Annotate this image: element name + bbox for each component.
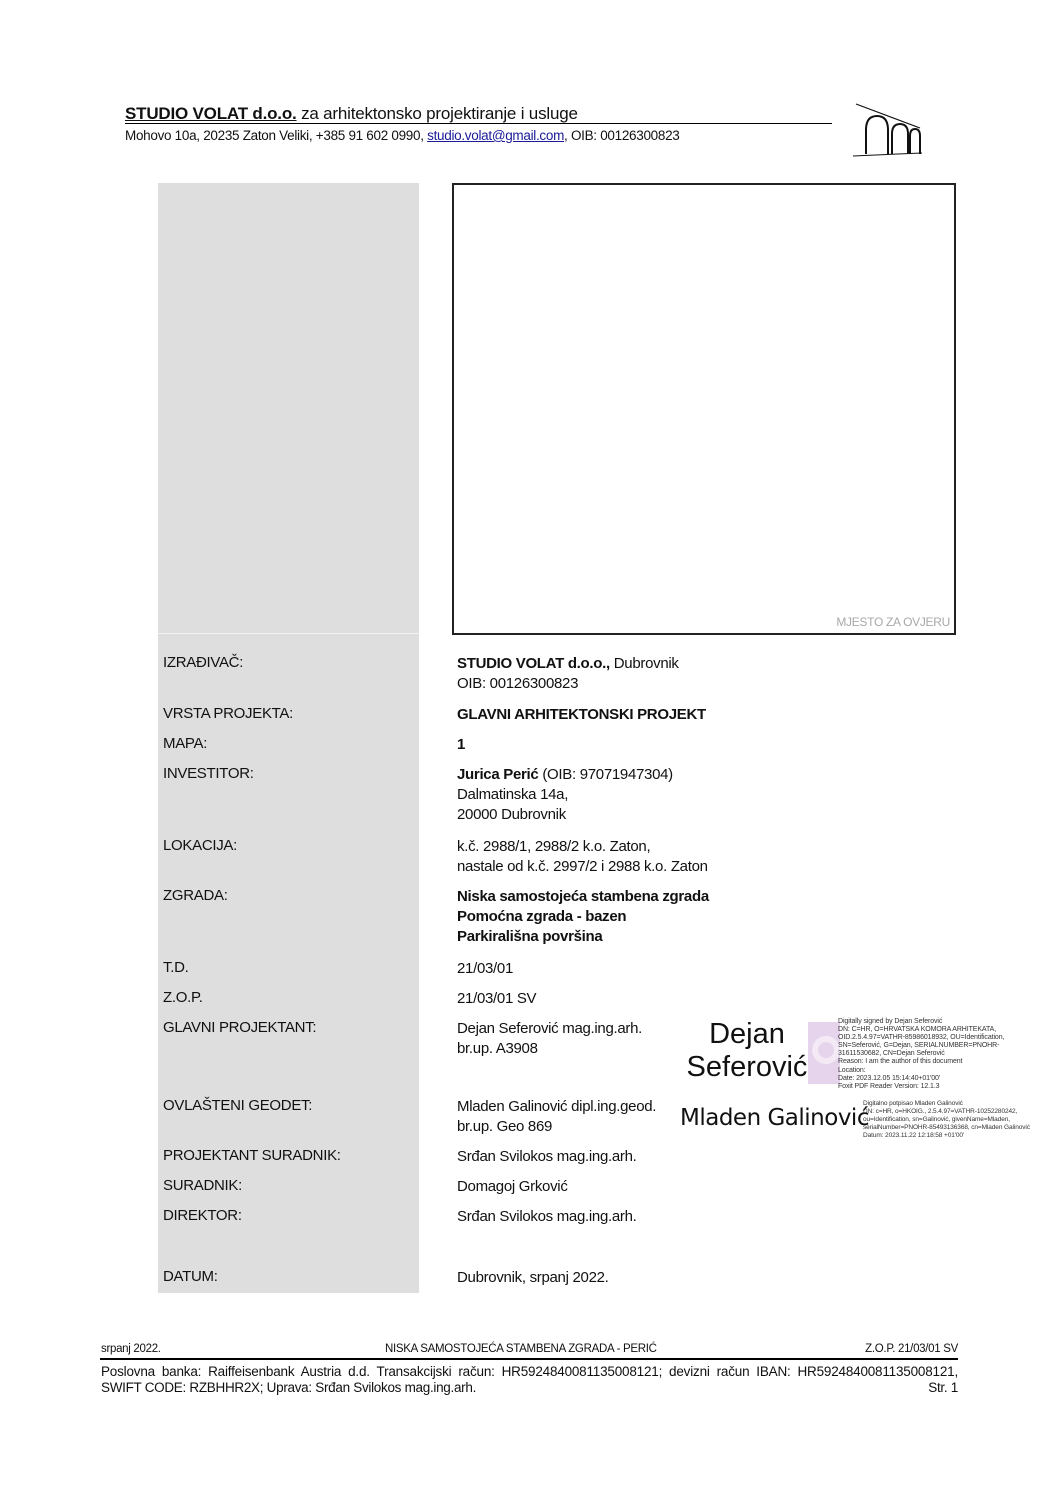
row-value-text: Domagoj Grković bbox=[457, 1178, 568, 1195]
row-value: Dubrovnik, srpanj 2022. bbox=[457, 1268, 609, 1288]
arches-logo-icon bbox=[850, 100, 922, 158]
page-number: Str. 1 bbox=[928, 1380, 958, 1395]
address-text: Mohovo 10a, 20235 Zaton Veliki, +385 91 … bbox=[125, 128, 427, 143]
row-label: MAPA: bbox=[163, 735, 207, 752]
row-value: Mladen Galinović dipl.ing.geod.br.up. Ge… bbox=[457, 1097, 656, 1137]
row-value: STUDIO VOLAT d.o.o., DubrovnikOIB: 00126… bbox=[457, 654, 679, 694]
row-value-line: Mladen Galinović dipl.ing.geod. bbox=[457, 1097, 656, 1117]
signature-metadata-line: Foxit PDF Reader Version: 12.1.3 bbox=[838, 1083, 1004, 1091]
row-value-line: 21/03/01 SV bbox=[457, 989, 536, 1009]
certification-stamp-box: MJESTO ZA OVJERU bbox=[452, 183, 956, 635]
signature-metadata-line: ou=Identification, sn=Galinović, givenNa… bbox=[863, 1116, 1030, 1124]
row-value-line: 20000 Dubrovnik bbox=[457, 805, 673, 825]
signature-metadata-line: Date: 2023.12.05 15:14:40+01'00' bbox=[838, 1075, 1004, 1083]
row-label: GLAVNI PROJEKTANT: bbox=[163, 1019, 316, 1036]
row-value: Dejan Seferović mag.ing.arh.br.up. A3908 bbox=[457, 1019, 642, 1059]
row-value-text: k.č. 2988/1, 2988/2 k.o. Zaton, bbox=[457, 838, 650, 855]
signature-metadata-line: Digitally signed by Dejan Seferović bbox=[838, 1018, 1004, 1026]
row-value-text: Mladen Galinović dipl.ing.geod. bbox=[457, 1098, 656, 1115]
row-label: SURADNIK: bbox=[163, 1177, 242, 1194]
row-value-line: Dejan Seferović mag.ing.arh. bbox=[457, 1019, 642, 1039]
signature-metadata-line: OID.2.5.4.97=VATHR-85986018932, OU=Ident… bbox=[838, 1034, 1004, 1042]
footer-rule bbox=[100, 1358, 958, 1360]
email-link[interactable]: studio.volat@gmail.com bbox=[427, 128, 564, 143]
row-value-line: Srđan Svilokos mag.ing.arh. bbox=[457, 1207, 637, 1227]
row-value: Srđan Svilokos mag.ing.arh. bbox=[457, 1147, 637, 1167]
row-value: 1 bbox=[457, 735, 465, 755]
signature-metadata-line: DN: c=HR, o=HKOIG., 2.5.4.97=VATHR-10252… bbox=[863, 1108, 1030, 1116]
signature-mladen-metadata: Digitalno potpisao Mladen GalinovićDN: c… bbox=[863, 1100, 1030, 1140]
row-label: DATUM: bbox=[163, 1268, 218, 1285]
row-value-bold: 1 bbox=[457, 736, 465, 753]
row-label: OVLAŠTENI GEODET: bbox=[163, 1097, 312, 1114]
row-value-text: Dejan Seferović mag.ing.arh. bbox=[457, 1020, 642, 1037]
company-tagline: za arhitektonsko projektiranje i usluge bbox=[297, 104, 578, 123]
row-value: Srđan Svilokos mag.ing.arh. bbox=[457, 1207, 637, 1227]
row-value-line: Parkirališna površina bbox=[457, 927, 709, 947]
footer-bank-info: Poslovna banka: Raiffeisenbank Austria d… bbox=[101, 1363, 958, 1380]
row-value-line: Dalmatinska 14a, bbox=[457, 785, 673, 805]
signature-metadata-line: Location: bbox=[838, 1067, 1004, 1075]
row-value-text: OIB: 00126300823 bbox=[457, 675, 578, 692]
signature-mladen-galinovic: Mladen Galinović bbox=[680, 1105, 869, 1131]
row-value: Domagoj Grković bbox=[457, 1177, 568, 1197]
row-label: LOKACIJA: bbox=[163, 837, 237, 854]
row-value-line: Domagoj Grković bbox=[457, 1177, 568, 1197]
row-value-line: k.č. 2988/1, 2988/2 k.o. Zaton, bbox=[457, 837, 708, 857]
signature-metadata-line: Datum: 2023.11.22 12:18:58 +01'00' bbox=[863, 1132, 1030, 1140]
row-value-line: 1 bbox=[457, 735, 465, 755]
row-value-text: (OIB: 97071947304) bbox=[538, 766, 672, 783]
header-rule bbox=[125, 123, 832, 124]
row-label: ZGRADA: bbox=[163, 887, 228, 904]
row-value-line: Pomoćna zgrada - bazen bbox=[457, 907, 709, 927]
row-value-text: 21/03/01 SV bbox=[457, 990, 536, 1007]
signature-metadata-line: 31611530682, CN=Dejan Seferović bbox=[838, 1050, 1004, 1058]
stamp-box-label: MJESTO ZA OVJERU bbox=[836, 615, 950, 629]
row-label: INVESTITOR: bbox=[163, 765, 254, 782]
row-value: Niska samostojeća stambena zgradaPomoćna… bbox=[457, 887, 709, 947]
row-value-text: 21/03/01 bbox=[457, 960, 513, 977]
row-label: Z.O.P. bbox=[163, 989, 203, 1006]
signature-name-line2: Seferović bbox=[684, 1051, 810, 1084]
company-address: Mohovo 10a, 20235 Zaton Veliki, +385 91 … bbox=[125, 128, 680, 143]
row-value-text: br.up. A3908 bbox=[457, 1040, 538, 1057]
row-value-text: Srđan Svilokos mag.ing.arh. bbox=[457, 1148, 637, 1165]
row-value-line: Jurica Perić (OIB: 97071947304) bbox=[457, 765, 673, 785]
row-label: PROJEKTANT SURADNIK: bbox=[163, 1147, 341, 1164]
signature-dejan-metadata: Digitally signed by Dejan SeferovićDN: C… bbox=[838, 1018, 1004, 1091]
row-value-bold: Pomoćna zgrada - bazen bbox=[457, 908, 626, 925]
row-value-bold: Parkirališna površina bbox=[457, 928, 602, 945]
row-value-text: Srđan Svilokos mag.ing.arh. bbox=[457, 1208, 637, 1225]
row-value-text: nastale od k.č. 2997/2 i 2988 k.o. Zaton bbox=[457, 858, 708, 875]
row-value-line: 21/03/01 bbox=[457, 959, 513, 979]
signature-metadata-line: serialNumber=PNOHR-85493136368, cn=Mlade… bbox=[863, 1124, 1030, 1132]
row-value: k.č. 2988/1, 2988/2 k.o. Zaton,nastale o… bbox=[457, 837, 708, 877]
label-column-divider bbox=[158, 633, 419, 634]
row-label: T.D. bbox=[163, 959, 188, 976]
signature-name-line1: Dejan bbox=[684, 1018, 810, 1051]
row-value-text: br.up. Geo 869 bbox=[457, 1118, 552, 1135]
row-value: 21/03/01 SV bbox=[457, 989, 536, 1009]
footer-date: srpanj 2022. bbox=[101, 1343, 161, 1355]
row-value-line: br.up. Geo 869 bbox=[457, 1117, 656, 1137]
row-value-line: Dubrovnik, srpanj 2022. bbox=[457, 1268, 609, 1288]
row-value-line: STUDIO VOLAT d.o.o., Dubrovnik bbox=[457, 654, 679, 674]
row-value-line: Niska samostojeća stambena zgrada bbox=[457, 887, 709, 907]
row-value-bold: Jurica Perić bbox=[457, 766, 538, 783]
row-value-bold: STUDIO VOLAT d.o.o., bbox=[457, 655, 610, 672]
row-value: GLAVNI ARHITEKTONSKI PROJEKT bbox=[457, 705, 706, 725]
footer-swift-info: SWIFT CODE: RZBHHR2X; Uprava: Srđan Svil… bbox=[101, 1380, 476, 1395]
company-name: STUDIO VOLAT d.o.o. bbox=[125, 104, 297, 123]
row-value-line: nastale od k.č. 2997/2 i 2988 k.o. Zaton bbox=[457, 857, 708, 877]
signature-metadata-line: Reason: I am the author of this document bbox=[838, 1058, 1004, 1066]
row-value-bold: GLAVNI ARHITEKTONSKI PROJEKT bbox=[457, 706, 706, 723]
row-value-line: Srđan Svilokos mag.ing.arh. bbox=[457, 1147, 637, 1167]
signature-metadata-line: DN: C=HR, O=HRVATSKA KOMORA ARHITEKATA, bbox=[838, 1026, 1004, 1034]
signature-metadata-line: Digitalno potpisao Mladen Galinović bbox=[863, 1100, 1030, 1108]
company-header-title: STUDIO VOLAT d.o.o. za arhitektonsko pro… bbox=[125, 104, 578, 124]
signature-dejan-seferovic: Dejan Seferović bbox=[684, 1018, 810, 1084]
signature-metadata-line: SN=Seferović, G=Dejan, SERIALNUMBER=PNOH… bbox=[838, 1042, 1004, 1050]
row-value-line: GLAVNI ARHITEKTONSKI PROJEKT bbox=[457, 705, 706, 725]
row-value-text: Dubrovnik, srpanj 2022. bbox=[457, 1269, 609, 1286]
row-value-text: Dubrovnik bbox=[610, 655, 679, 672]
row-value-line: br.up. A3908 bbox=[457, 1039, 642, 1059]
row-value: 21/03/01 bbox=[457, 959, 513, 979]
footer-zop: Z.O.P. 21/03/01 SV bbox=[865, 1343, 958, 1355]
row-value-line: OIB: 00126300823 bbox=[457, 674, 679, 694]
row-label: IZRAĐIVAČ: bbox=[163, 654, 243, 671]
row-value: Jurica Perić (OIB: 97071947304)Dalmatins… bbox=[457, 765, 673, 825]
oib-text: , OIB: 00126300823 bbox=[564, 128, 679, 143]
row-label: VRSTA PROJEKTA: bbox=[163, 705, 293, 722]
row-value-bold: Niska samostojeća stambena zgrada bbox=[457, 888, 709, 905]
row-value-text: Dalmatinska 14a, bbox=[457, 786, 568, 803]
row-value-text: 20000 Dubrovnik bbox=[457, 806, 566, 823]
row-label: DIREKTOR: bbox=[163, 1207, 242, 1224]
footer-project-title: NISKA SAMOSTOJEĆA STAMBENA ZGRADA - PERI… bbox=[385, 1343, 657, 1355]
foxit-signature-watermark-icon bbox=[808, 1022, 840, 1084]
